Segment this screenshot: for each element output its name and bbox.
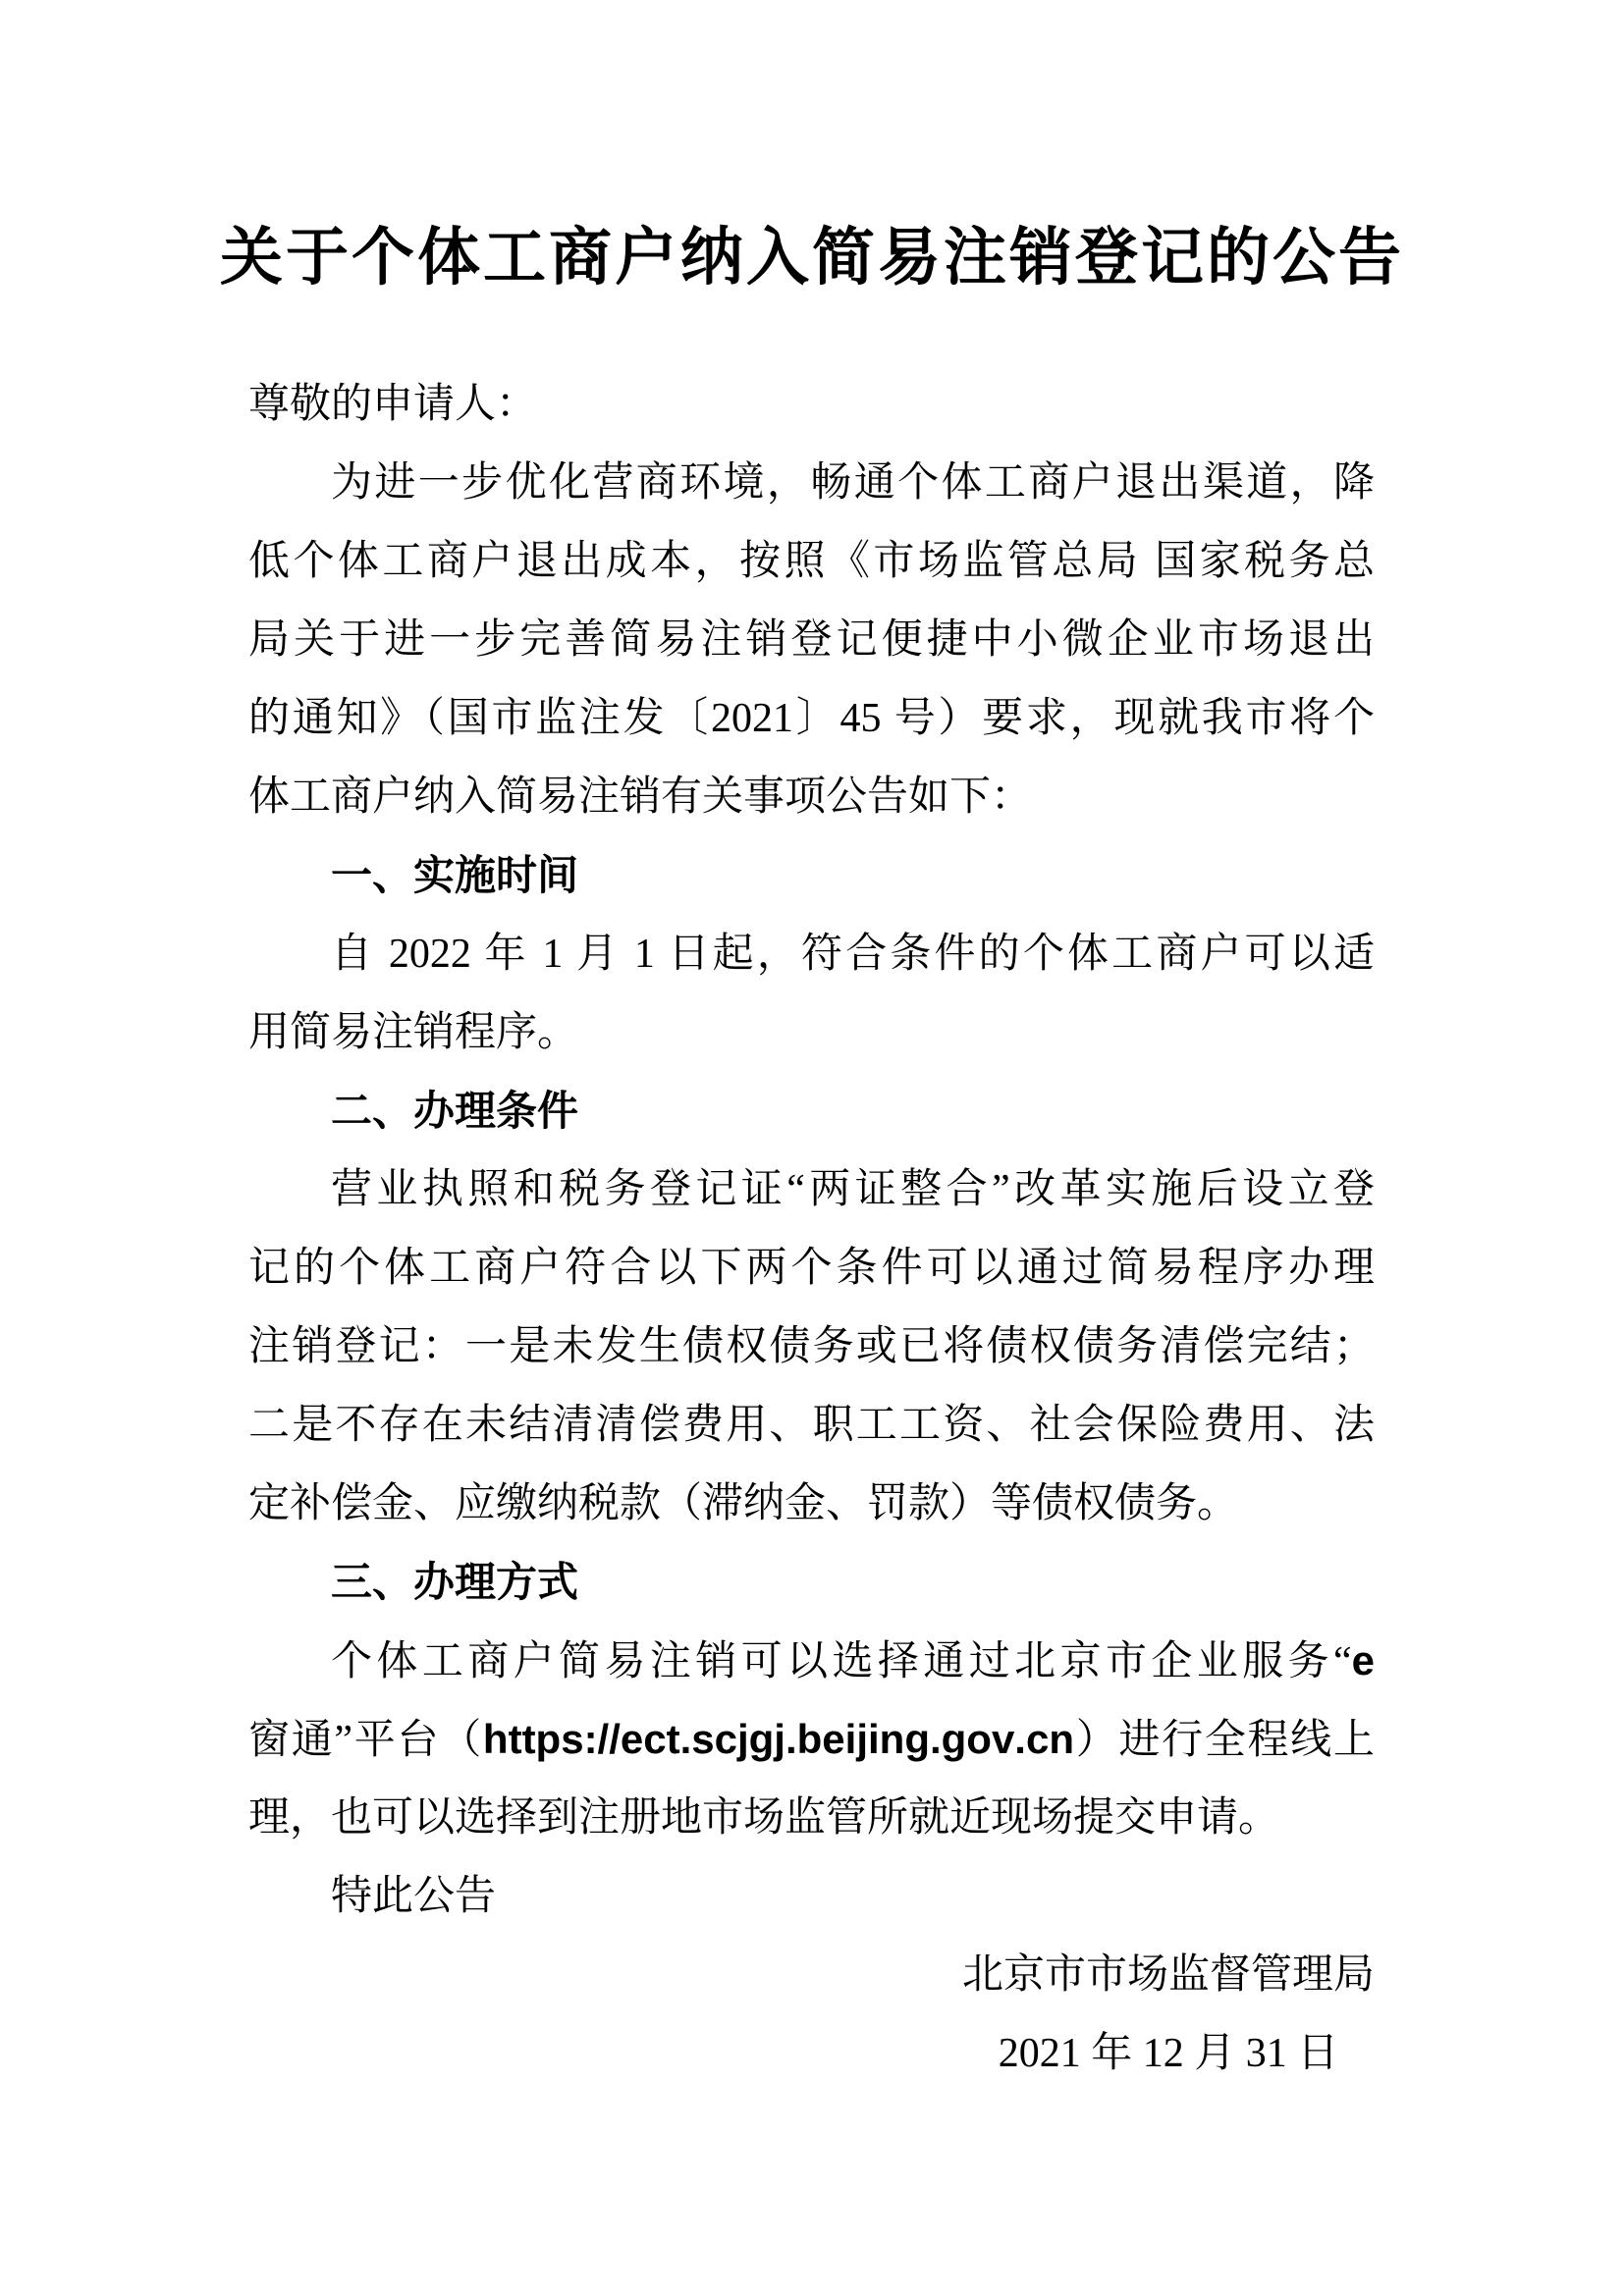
text-run: 记的个体工商户符合以下两个条件可以通过简易程序办理 bbox=[248, 1246, 1375, 1291]
para-2-line-2: 用简易注销程序。 bbox=[248, 993, 1375, 1072]
signature-date: 2021 年 12 月 31 日 bbox=[962, 2014, 1375, 2093]
text-run: 一、实施时间 bbox=[331, 852, 578, 898]
platform-url: https://ect.scjgj.beijing.gov.cn bbox=[483, 1716, 1074, 1762]
para-2-line-1: 自 2022 年 1 月 1 日起，符合条件的个体工商户可以适 bbox=[248, 915, 1375, 993]
para-4-line-1: 个体工商户简易注销可以选择通过北京市企业服务“e bbox=[248, 1622, 1375, 1700]
page-title: 关于个体工商户纳入简易注销登记的公告 bbox=[0, 222, 1624, 293]
text-run: 定补偿金、应缴纳税款（滞纳金、罚款）等债权债务。 bbox=[248, 1481, 1238, 1526]
closing-phrase: 特此公告 bbox=[248, 1857, 1375, 1936]
text-run: 三、办理方式 bbox=[331, 1559, 578, 1605]
para-3-line-4: 二是不存在未结清清偿费用、职工工资、社会保险费用、法 bbox=[248, 1386, 1375, 1465]
signature-block: 北京市市场监督管理局 2021 年 12 月 31 日 bbox=[962, 1936, 1375, 2093]
text-run: 低个体工商户退出成本，按照《市场监管总局 国家税务总 bbox=[248, 539, 1375, 584]
text-run: 体工商户纳入简易注销有关事项公告如下： bbox=[248, 774, 1032, 820]
document-body: 尊敬的申请人：为进一步优化营商环境，畅通个体工商户退出渠道，降低个体工商户退出成… bbox=[248, 365, 1375, 2093]
text-run: 为进一步优化营商环境，畅通个体工商户退出渠道，降 bbox=[331, 460, 1375, 506]
section-2-heading: 二、办理条件 bbox=[248, 1072, 1375, 1150]
text-run: 的通知》（国市监注发〔2021〕45 号）要求，现就我市将个 bbox=[248, 696, 1375, 741]
para-3-line-3: 注销登记：一是未发生债权债务或已将债权债务清偿完结； bbox=[248, 1308, 1375, 1386]
text-run: 理，也可以选择到注册地市场监管所就近现场提交申请。 bbox=[248, 1795, 1279, 1841]
para-4-line-3: 理，也可以选择到注册地市场监管所就近现场提交申请。 bbox=[248, 1779, 1375, 1857]
para-3-line-2: 记的个体工商户符合以下两个条件可以通过简易程序办理 bbox=[248, 1229, 1375, 1308]
text-run: 注销登记：一是未发生债权债务或已将债权债务清偿完结； bbox=[248, 1324, 1375, 1369]
signature-agency: 北京市市场监督管理局 bbox=[962, 1936, 1375, 2014]
para-1-line-5: 体工商户纳入简易注销有关事项公告如下： bbox=[248, 758, 1375, 836]
text-run: 特此公告 bbox=[331, 1874, 496, 1919]
para-1-line-3: 局关于进一步完善简易注销登记便捷中小微企业市场退出 bbox=[248, 601, 1375, 679]
announcement-page: 关于个体工商户纳入简易注销登记的公告 尊敬的申请人：为进一步优化营商环境，畅通个… bbox=[0, 0, 1624, 2296]
para-1-line-2: 低个体工商户退出成本，按照《市场监管总局 国家税务总 bbox=[248, 522, 1375, 601]
platform-name-latin: e bbox=[1352, 1637, 1375, 1683]
para-3-line-1: 营业执照和税务登记证“两证整合”改革实施后设立登 bbox=[248, 1150, 1375, 1229]
para-3-line-5: 定补偿金、应缴纳税款（滞纳金、罚款）等债权债务。 bbox=[248, 1465, 1375, 1543]
text-run: 尊敬的申请人： bbox=[248, 382, 537, 427]
section-3-heading: 三、办理方式 bbox=[248, 1543, 1375, 1622]
salutation: 尊敬的申请人： bbox=[248, 365, 1375, 444]
text-run: 营业执照和税务登记证“两证整合”改革实施后设立登 bbox=[331, 1167, 1375, 1212]
text-run: 二是不存在未结清清偿费用、职工工资、社会保险费用、法 bbox=[248, 1403, 1375, 1448]
para-1-line-1: 为进一步优化营商环境，畅通个体工商户退出渠道，降 bbox=[248, 444, 1375, 522]
text-run: 窗通”平台（ bbox=[248, 1718, 483, 1763]
text-run: 二、办理条件 bbox=[331, 1088, 578, 1134]
text-run: 局关于进一步完善简易注销登记便捷中小微企业市场退出 bbox=[248, 617, 1375, 663]
text-run: 用简易注销程序。 bbox=[248, 1010, 578, 1055]
text-run: 自 2022 年 1 月 1 日起，符合条件的个体工商户可以适 bbox=[331, 932, 1375, 977]
para-4-line-2: 窗通”平台（https://ect.scjgj.beijing.gov.cn）进… bbox=[248, 1700, 1375, 1779]
section-1-heading: 一、实施时间 bbox=[248, 836, 1375, 915]
para-1-line-4: 的通知》（国市监注发〔2021〕45 号）要求，现就我市将个 bbox=[248, 679, 1375, 758]
text-run: 个体工商户简易注销可以选择通过北京市企业服务“ bbox=[331, 1639, 1352, 1684]
